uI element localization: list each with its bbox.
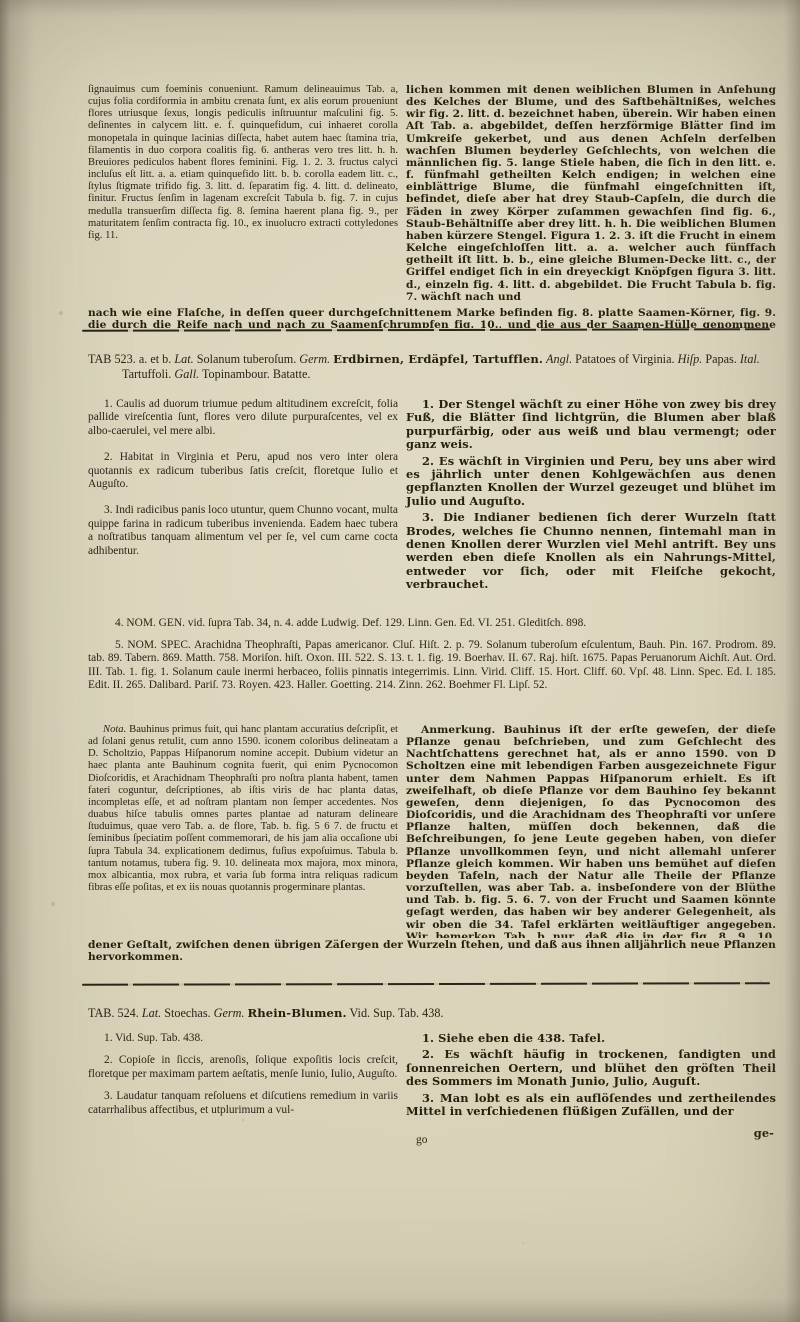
tab524-germ-label: Germ. (214, 1006, 245, 1020)
tab523-number: TAB 523. a. et b. (88, 352, 171, 366)
tab523-hisp-name: Papas. (705, 352, 736, 366)
tab524-heading: TAB. 524. Lat. Stoechas. Germ. Rhein-Blu… (88, 1006, 776, 1021)
tab524-number: TAB. 524. (88, 1006, 139, 1020)
tab523-german-paragraph-3: 3. Die Indianer bedienen ſich derer Wurz… (406, 511, 776, 591)
tab523-nom-gen: 4. NOM. GEN. vid. ſupra Tab. 34, n. 4. a… (88, 617, 776, 630)
tab523-heading: TAB 523. a. et b. Lat. Solanum tuberoſum… (88, 352, 776, 383)
nota-label: Nota. (103, 724, 126, 735)
tab524-latin-paragraph-1: 1. Vid. Sup. Tab. 438. (88, 1032, 398, 1045)
tab523-nom-spec-section: 5. NOM. SPEC. Arachidna Theophraſti, Pap… (88, 639, 776, 693)
paper-specks (0, 0, 2, 2)
anmerkung-text: Bauhinus iſt der erſte geweſen, der dieſ… (406, 724, 776, 938)
tab523-paragraphs-section: 1. Caulis ad duorum triumue pedum altitu… (88, 398, 776, 592)
tab523-angl-name: Patatoes of Virginia. (575, 352, 674, 366)
tab523-germ-name: Erdbirnen, Erdäpfel, Tartufflen. (333, 352, 543, 366)
german-catchword: ge- (754, 1126, 774, 1140)
tab523-germ-label: Germ. (299, 352, 330, 366)
tab523-german-paragraph-1: 1. Der Stengel wächſt zu einer Höhe von … (406, 398, 776, 452)
nota-text: Bauhinus primus fuit, qui hanc plantam a… (88, 724, 398, 893)
tab523-note-continuation-section: dener Geſtalt, zwiſchen denen übrigen Zä… (88, 939, 776, 963)
tab524-latin-column: 1. Vid. Sup. Tab. 438. 2. Copioſe in ſic… (88, 1032, 398, 1117)
tab524-latin-paragraph-2: 2. Copioſe in ſiccis, arenoſis, ſolique … (88, 1054, 398, 1081)
continuation-section: ſignauimus cum foeminis conueniunt. Ramu… (88, 84, 776, 328)
tab524-paragraphs-section: 1. Vid. Sup. Tab. 438. 2. Copioſe in ſic… (88, 1032, 776, 1118)
continuation-latin-column: ſignauimus cum foeminis conueniunt. Ramu… (88, 84, 398, 242)
tab523-lat-name: Solanum tuberoſum. (197, 352, 297, 366)
continuation-german-fullwidth: nach wie eine Flaſche, in deſſen queer d… (88, 307, 776, 328)
tab523-ital-name: Tartuffoli. (122, 367, 171, 381)
tab523-hisp-label: Hiſp. (678, 352, 703, 366)
tab524-germ-name: Rhein-Blumen. (248, 1006, 347, 1020)
tab523-latin-paragraph-1: 1. Caulis ad duorum triumue pedum altitu… (88, 398, 398, 438)
tab524-german-paragraph-1: 1. Siehe eben die 438. Tafel. (406, 1032, 776, 1045)
tab524-german-paragraph-3: 3. Man lobt es als ein auflöſendes und z… (406, 1092, 776, 1119)
tab524-heading-section: TAB. 524. Lat. Stoechas. Germ. Rhein-Blu… (88, 1006, 776, 1021)
tab523-latin-paragraph-3: 3. Indi radicibus panis loco utuntur, qu… (88, 504, 398, 558)
continuation-german-column: lichen kommen mit denen weiblichen Blume… (406, 84, 776, 303)
tab523-nota-column: Nota. Bauhinus primus fuit, qui hanc pla… (88, 724, 398, 894)
anmerkung-label: Anmerkung. (421, 724, 495, 736)
tab524-lat-name: Stoechas. (164, 1006, 210, 1020)
tab523-german-column: 1. Der Stengel wächſt zu einer Höhe von … (406, 398, 776, 592)
tab523-latin-paragraph-2: 2. Habitat in Virginia et Peru, apud nos… (88, 451, 398, 491)
tab524-german-column: 1. Siehe eben die 438. Tafel. 2. Es wäch… (406, 1032, 776, 1118)
tab524-reference: Vid. Sup. Tab. 438. (349, 1006, 443, 1020)
divider-rule-top (82, 328, 770, 331)
tab523-heading-section: TAB 523. a. et b. Lat. Solanum tuberoſum… (88, 352, 776, 383)
tab524-lat-label: Lat. (142, 1006, 161, 1020)
tab523-german-paragraph-2: 2. Es wächſt in Virginien und Peru, bey … (406, 455, 776, 509)
tab523-latin-column: 1. Caulis ad duorum triumue pedum altitu… (88, 398, 398, 558)
tab523-nom-spec: 5. NOM. SPEC. Arachidna Theophraſti, Pap… (88, 639, 776, 693)
tab523-gall-name: Topinambour. Batatte. (202, 367, 310, 381)
tab524-german-paragraph-2: 2. Es wächſt häufig in trockenen, ſandig… (406, 1048, 776, 1088)
divider-rule-bottom (82, 982, 770, 985)
tab523-nom-gen-section: 4. NOM. GEN. vid. ſupra Tab. 34, n. 4. a… (88, 617, 776, 630)
scanned-book-page: ſignauimus cum foeminis conueniunt. Ramu… (0, 0, 800, 1322)
tab523-angl-label: Angl. (546, 352, 572, 366)
tab524-latin-paragraph-3: 3. Laudatur tanquam reſoluens et diſcuti… (88, 1090, 398, 1117)
tab523-gall-label: Gall. (174, 367, 199, 381)
latin-catchword: go (416, 1134, 427, 1146)
tab523-note-section: Nota. Bauhinus primus fuit, qui hanc pla… (88, 724, 776, 938)
tab523-anmerkung-column: Anmerkung. Bauhinus iſt der erſte geweſe… (406, 724, 776, 938)
tab523-lat-label: Lat. (174, 352, 193, 366)
tab523-ital-label: Ital. (740, 352, 760, 366)
anmerkung-continuation: dener Geſtalt, zwiſchen denen übrigen Zä… (88, 939, 776, 963)
